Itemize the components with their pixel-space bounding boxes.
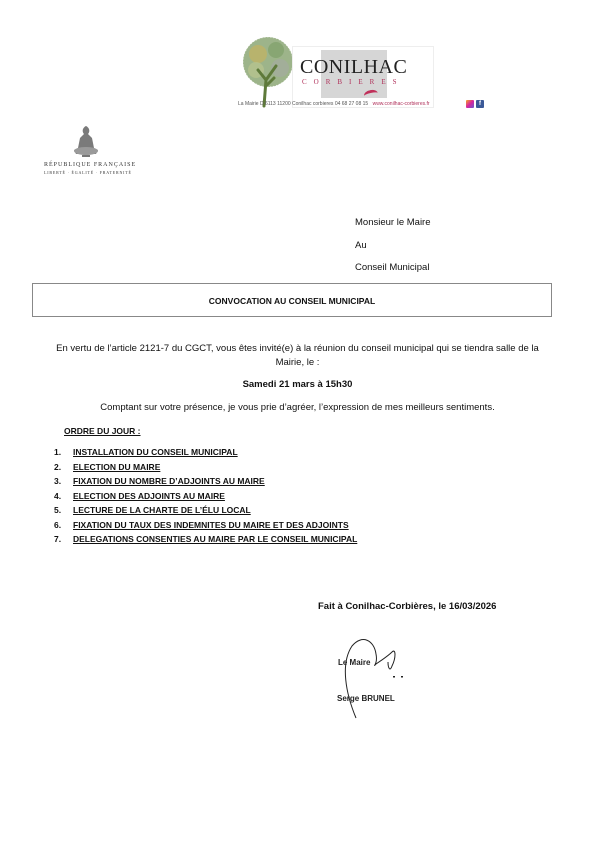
agenda-num: 6. bbox=[54, 520, 73, 531]
agenda-item: 4.ELECTION DES ADJOINTS AU MAIRE bbox=[54, 491, 357, 506]
agenda-item: 2.ELECTION DU MAIRE bbox=[54, 462, 357, 477]
agenda-num: 1. bbox=[54, 447, 73, 458]
signature-role: Le Maire bbox=[338, 658, 370, 667]
agenda-text: ELECTION DES ADJOINTS AU MAIRE bbox=[73, 491, 225, 501]
agenda-num: 7. bbox=[54, 534, 73, 545]
agenda-text: LECTURE DE LA CHARTE DE L’ÉLU LOCAL bbox=[73, 505, 251, 515]
meeting-date: Samedi 21 mars à 15h30 bbox=[30, 379, 565, 390]
agenda-title: ORDRE DU JOUR : bbox=[64, 426, 141, 436]
logo-subtitle: CORBIERES bbox=[302, 78, 404, 86]
contact-address: La Mairie D 6113 11200 Conilhac corbiere… bbox=[238, 101, 368, 107]
place-date: Fait à Conilhac-Corbières, le 16/03/2026 bbox=[318, 601, 496, 612]
recipient-line-3: Conseil Municipal bbox=[355, 262, 429, 273]
page-title: CONVOCATION AU CONSEIL MUNICIPAL bbox=[33, 296, 551, 306]
agenda-text: FIXATION DU NOMBRE D’ADJOINTS AU MAIRE bbox=[73, 476, 265, 486]
agenda-item: 5.LECTURE DE LA CHARTE DE L’ÉLU LOCAL bbox=[54, 505, 357, 520]
contact-line: La Mairie D 6113 11200 Conilhac corbiere… bbox=[238, 101, 430, 107]
facebook-icon[interactable]: f bbox=[476, 100, 484, 108]
agenda-num: 5. bbox=[54, 505, 73, 516]
instagram-icon[interactable] bbox=[466, 100, 474, 108]
recipient-line-1: Monsieur le Maire bbox=[355, 217, 431, 228]
handwritten-signature-icon bbox=[336, 634, 426, 722]
agenda-num: 4. bbox=[54, 491, 73, 502]
title-box: CONVOCATION AU CONSEIL MUNICIPAL bbox=[32, 283, 552, 317]
agenda-item: 6.FIXATION DU TAUX DES INDEMNITES DU MAI… bbox=[54, 520, 357, 535]
closing-text: Comptant sur votre présence, je vous pri… bbox=[30, 402, 565, 413]
marianne-emblem-icon bbox=[68, 124, 104, 158]
agenda-item: 1.INSTALLATION DU CONSEIL MUNICIPAL bbox=[54, 447, 357, 462]
agenda-num: 3. bbox=[54, 476, 73, 487]
agenda-item: 3.FIXATION DU NOMBRE D’ADJOINTS AU MAIRE bbox=[54, 476, 357, 491]
republique-title: RÉPUBLIQUE FRANÇAISE bbox=[44, 162, 136, 168]
agenda-item: 7.DELEGATIONS CONSENTIES AU MAIRE PAR LE… bbox=[54, 534, 357, 549]
intro-line-2: Mairie, le : bbox=[30, 357, 565, 368]
republique-motto: LIBERTÉ · ÉGALITÉ · FRATERNITÉ bbox=[44, 170, 132, 175]
signature-name: Serge BRUNEL bbox=[337, 694, 395, 703]
agenda-list: 1.INSTALLATION DU CONSEIL MUNICIPAL 2.EL… bbox=[54, 447, 357, 549]
recipient-line-2: Au bbox=[355, 240, 367, 251]
commune-logo: CONILHAC CORBIERES bbox=[236, 36, 436, 108]
logo-title: CONILHAC bbox=[300, 56, 407, 79]
agenda-text: INSTALLATION DU CONSEIL MUNICIPAL bbox=[73, 447, 238, 457]
agenda-text: FIXATION DU TAUX DES INDEMNITES DU MAIRE… bbox=[73, 520, 349, 530]
agenda-text: DELEGATIONS CONSENTIES AU MAIRE PAR LE C… bbox=[73, 534, 357, 544]
website-link[interactable]: www.conilhac-corbieres.fr bbox=[373, 101, 430, 107]
agenda-text: ELECTION DU MAIRE bbox=[73, 462, 160, 472]
agenda-num: 2. bbox=[54, 462, 73, 473]
intro-line-1: En vertu de l’article 2121-7 du CGCT, vo… bbox=[30, 343, 565, 354]
